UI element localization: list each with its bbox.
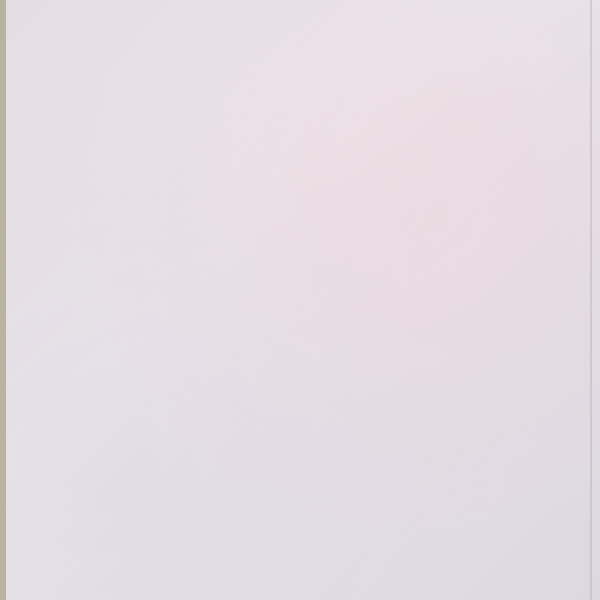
paper-fold	[590, 0, 592, 600]
certificate-page	[6, 0, 600, 600]
